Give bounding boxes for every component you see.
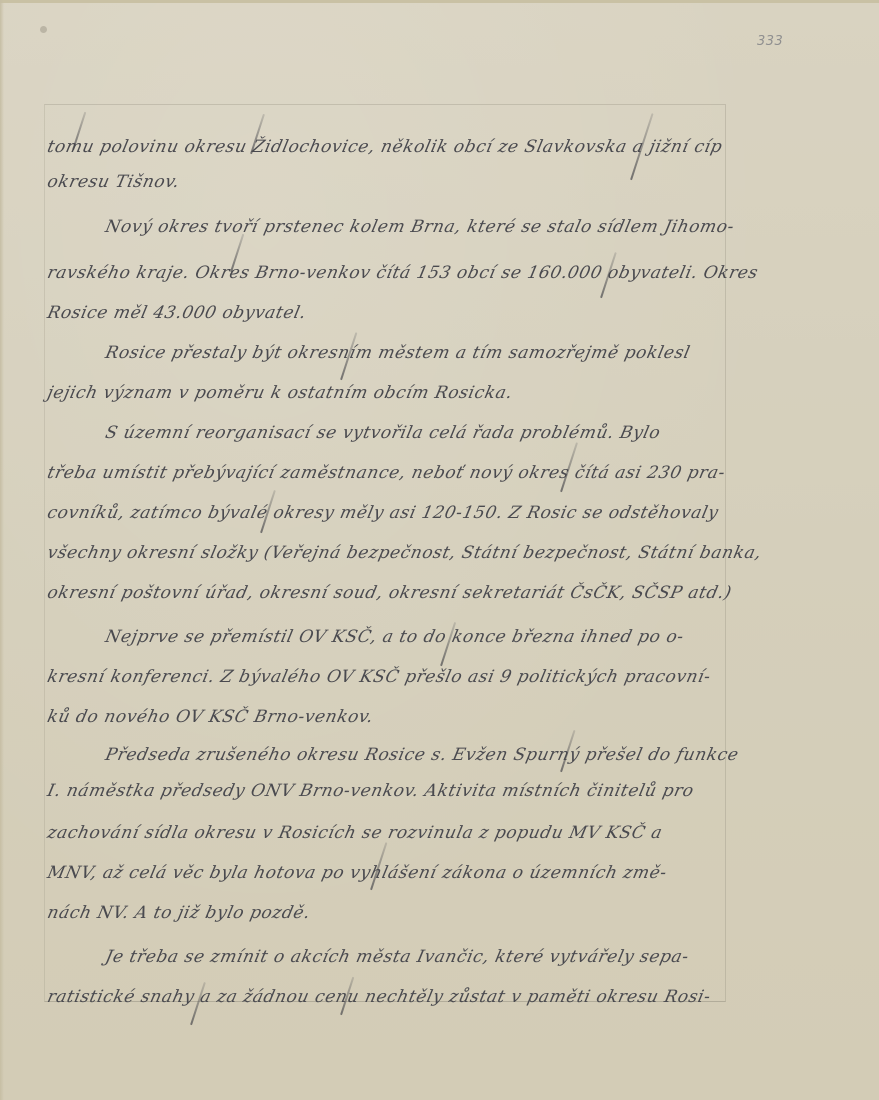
text-line: Nejprve se přemístil OV KSČ, a to do kon…	[44, 620, 687, 654]
text-line: kresní konferenci. Z bývalého OV KSČ pře…	[44, 660, 714, 694]
text-line: I. náměstka předsedy ONV Brno-venkov. Ak…	[44, 774, 697, 808]
document-page: 333 tomu polovinu okresu Židlochovice, n…	[0, 0, 879, 1100]
text-line: covníků, zatímco bývalé okresy měly asi …	[44, 496, 722, 530]
text-line: Předseda zrušeného okresu Rosice s. Evže…	[44, 738, 742, 772]
text-line: Je třeba se zmínit o akcích města Ivanči…	[44, 940, 692, 974]
text-line: okresní poštovní úřad, okresní soud, okr…	[44, 576, 735, 610]
text-line: zachování sídla okresu v Rosicích se roz…	[44, 816, 666, 850]
text-line: Rosice přestaly být okresním městem a tí…	[44, 336, 694, 370]
text-line: třeba umístit přebývající zaměstnance, n…	[44, 456, 729, 490]
text-line: okresu Tišnov.	[44, 165, 183, 199]
binding-hole-mark	[40, 26, 47, 33]
text-line: ratistické snahy a za žádnou cenu nechtě…	[44, 980, 714, 1014]
page-number: 333	[757, 34, 783, 49]
text-line: ků do nového OV KSČ Brno-venkov.	[44, 700, 377, 734]
text-line: Rosice měl 43.000 obyvatel.	[44, 296, 310, 330]
text-line: MNV, až celá věc byla hotova po vyhlášen…	[44, 856, 670, 890]
text-line: ravského kraje. Okres Brno-venkov čítá 1…	[44, 256, 761, 290]
text-line: jejich význam v poměru k ostatním obcím …	[44, 376, 516, 410]
text-line: tomu polovinu okresu Židlochovice, někol…	[44, 130, 726, 164]
page-top-edge	[0, 0, 879, 3]
text-line: Nový okres tvoří prstenec kolem Brna, kt…	[44, 210, 738, 244]
text-line: nách NV. A to již bylo pozdě.	[44, 896, 314, 930]
text-line: S územní reorganisací se vytvořila celá …	[44, 416, 664, 450]
page-left-edge	[0, 0, 4, 1100]
text-line: všechny okresní složky (Veřejná bezpečno…	[44, 536, 765, 570]
